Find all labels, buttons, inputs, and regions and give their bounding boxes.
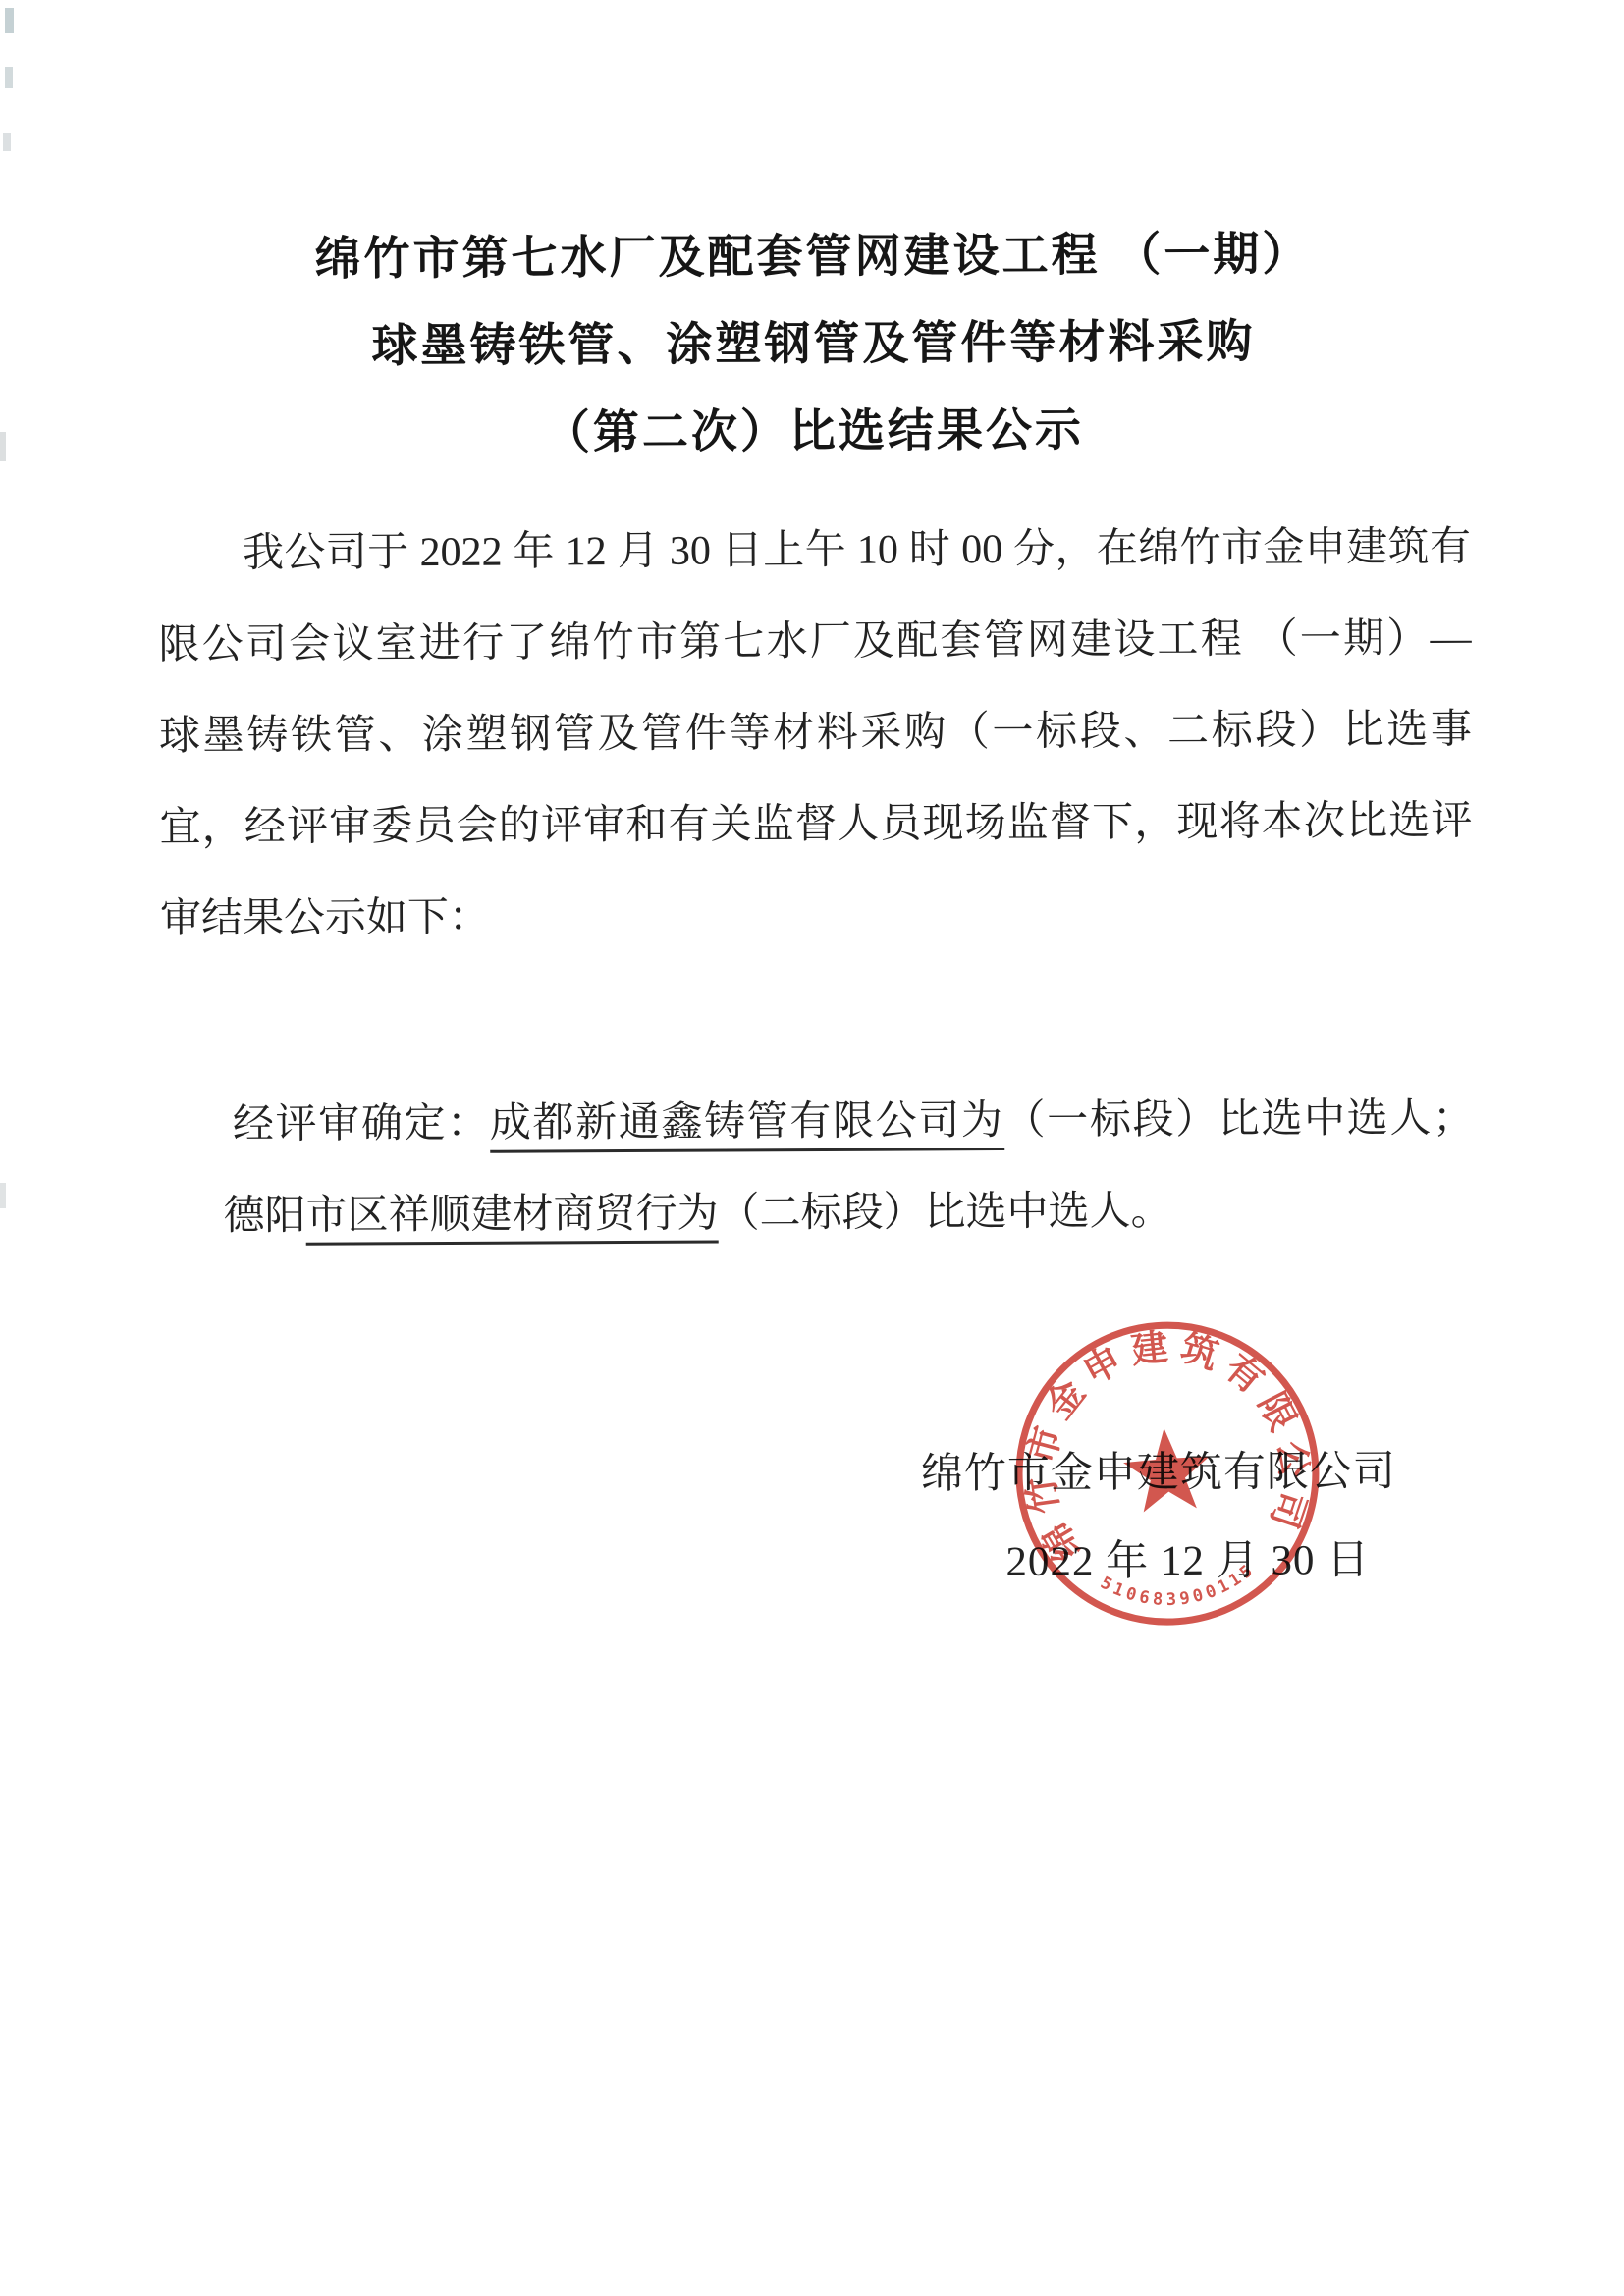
paragraph2-line1-prefix: 经评审确定： — [233, 1101, 490, 1148]
paragraph2-line2-suffix: （二标段）比选中选人。 — [718, 1189, 1171, 1236]
title-line-3: （第二次）比选结果公示 — [157, 386, 1470, 480]
winner-section1-underlined: 成都新通鑫铸管有限公司为 — [490, 1098, 1004, 1153]
star-icon — [1121, 1425, 1214, 1514]
scan-artifact-2 — [5, 67, 13, 88]
paragraph2-line2-prefix: 德阳 — [223, 1194, 305, 1239]
document-page: 绵竹市第七水厂及配套管网建设工程 （一期） 球墨铸铁管、涂塑钢管及管件等材料采购… — [155, 0, 1480, 2296]
title-line-2: 球墨铸铁管、涂塑钢管及管件等材料采购 — [157, 298, 1470, 393]
scan-artifact-4 — [0, 432, 6, 461]
official-company-seal: 绵竹市金申建筑有限公司 5106839001150 — [998, 1305, 1336, 1643]
scan-artifact-3 — [3, 133, 11, 151]
title-line-1: 绵竹市第七水厂及配套管网建设工程 （一期） — [156, 211, 1469, 305]
scan-artifact-1 — [5, 8, 14, 33]
document-title: 绵竹市第七水厂及配套管网建设工程 （一期） 球墨铸铁管、涂塑钢管及管件等材料采购… — [156, 211, 1470, 480]
winner-section2-underlined: 市区祥顺建材商贸行为 — [305, 1192, 718, 1246]
paragraph1-line4: 宜，经评审委员会的评审和有关监督人员现场监督下，现将本次比选评 — [159, 776, 1472, 875]
paragraph2-line1: 经评审确定：成都新通鑫铸管有限公司为（一标段）比选中选人； — [160, 982, 1473, 1080]
paragraph1-line3: 球墨铸铁管、涂塑钢管及管件等材料采购（一标段、二标段）比选事 — [159, 685, 1472, 783]
scan-artifact-5 — [0, 1183, 6, 1208]
paragraph1-line1: 我公司于 2022 年 12 月 30 日上午 10 时 00 分，在绵竹市金申… — [158, 503, 1471, 601]
body-paragraph-1: 我公司于 2022 年 12 月 30 日上午 10 时 00 分，在绵竹市金申… — [158, 503, 1473, 966]
paragraph1-line2: 限公司会议室进行了绵竹市第七水厂及配套管网建设工程 （一期）— — [158, 594, 1471, 692]
paragraph1-line5: 审结果公示如下： — [160, 868, 1473, 966]
paragraph2-line1-suffix: （一标段）比选中选人； — [1003, 1095, 1474, 1144]
body-paragraph-2: 经评审确定：成都新通鑫铸管有限公司为（一标段）比选中选人； 德阳市区祥顺建材商贸… — [160, 982, 1474, 1171]
